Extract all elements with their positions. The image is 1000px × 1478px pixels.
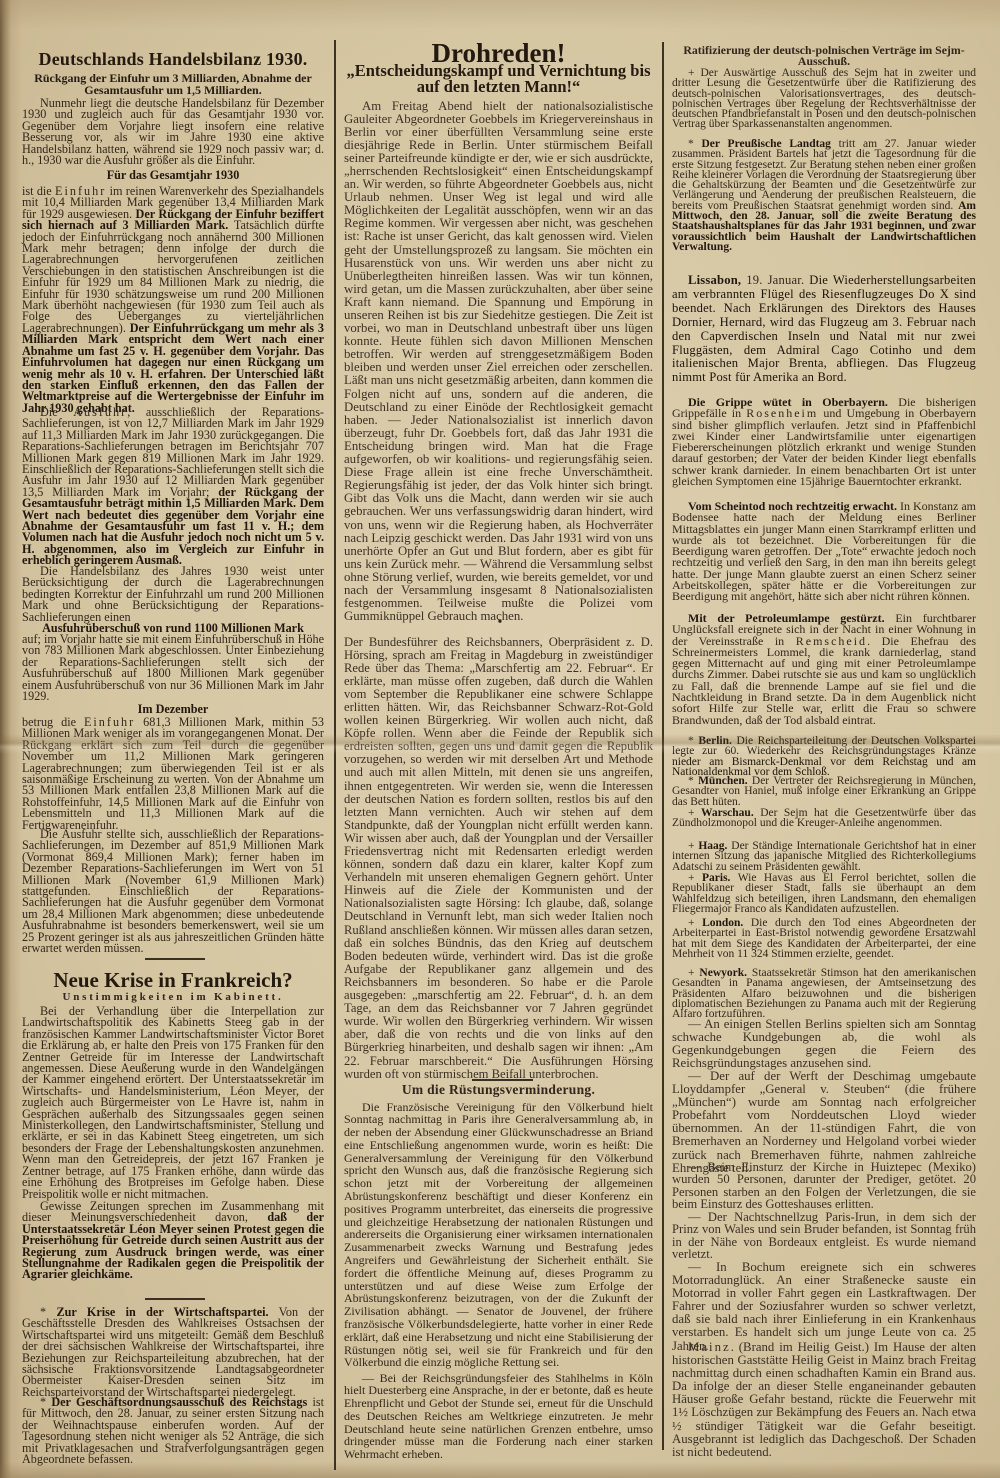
text: auf; im Vorjahr hatte sie mit einem Einf…	[22, 632, 324, 703]
bold-text: Im Dezember	[138, 702, 209, 716]
article-paragraph: — Der Nachtschnellzug Paris-Irun, in dem…	[672, 1211, 976, 1260]
text: — In Bochum ereignete sich ein schweres …	[672, 1260, 976, 1353]
text: Nunmehr liegt die deutsche Handelsbilanz…	[22, 96, 324, 167]
article-paragraph: Gewisse Zeitungen sprechen im Zusammenha…	[22, 1201, 324, 1281]
column-left: Deutschlands Handelsbilanz 1930.Rückgang…	[22, 0, 324, 1478]
article-paragraph: Die Ausfuhr stellte sich, ausschließlich…	[22, 829, 324, 954]
article-paragraph: * Zur Krise in der Wirtschaftspartei. Vo…	[22, 1307, 324, 1398]
article-headline: Um die Rüstungsverminderung.	[344, 1083, 653, 1097]
article-paragraph: Die Französische Vereinigung für den Völ…	[344, 1101, 653, 1370]
article-paragraph: Der Bundesführer des Reichsbanners, Ober…	[344, 636, 653, 1081]
heavy-text: Die Wiederherstellungsarbeiten am verbra…	[672, 273, 976, 384]
text: Die Handelsbilanz des Jahres 1930 weist …	[22, 564, 324, 624]
column-right: Ratifizierung der deutsch-polnischen Ver…	[672, 0, 976, 1478]
article-paragraph: * München. Der Vertreter der Reichsregie…	[672, 776, 976, 807]
bold-text: der Rückgang der Gesamtausfuhr beträgt m…	[22, 485, 324, 567]
article-paragraph: Die Ausfuhr, ausschließlich der Reparati…	[22, 407, 324, 567]
article-paragraph: * Berlin. Die Reichsparteileitung der De…	[672, 736, 976, 777]
text: Die Ausfuhr stellte sich, ausschließlich…	[22, 827, 324, 955]
section-subheading: Für das Gesamtjahr 1930	[22, 169, 324, 182]
column-middle: Drohreden!„Entscheidungskampf und Vernic…	[344, 0, 653, 1478]
article-paragraph: Mit der Petroleumlampe gestürzt. Ein fur…	[672, 613, 976, 726]
article-subheadline: „Entscheidungskampf und Vernichtung bis …	[344, 63, 653, 95]
text: Der Bundesführer des Reichsbanners, Ober…	[344, 635, 653, 1081]
article-paragraph: * Der Geschäftsordnungsausschuß des Reic…	[22, 1397, 324, 1465]
text: und Umgebung in Oberbayern sind bisher g…	[672, 406, 976, 488]
text: — Der Nachtschnellzug Paris-Irun, in dem…	[672, 1210, 976, 1261]
text: 681,3 Millionen Mark, mithin 53 Millione…	[22, 715, 324, 832]
article-paragraph: + Paris. Wie Havas aus El Ferrol bericht…	[672, 873, 976, 914]
article-paragraph: + Warschau. Der Sejm hat die Gesetzentwü…	[672, 808, 976, 829]
bold-text: Für das Gesamtjahr 1930	[107, 168, 240, 182]
text: Die Französische Vereinigung für den Völ…	[344, 1100, 653, 1370]
text: — Bei der Reichsgründungsfeier des Stahl…	[344, 1371, 653, 1462]
article-headline: Ratifizierung der deutsch-polnischen Ver…	[672, 45, 976, 67]
section-subheading: Im Dezember	[22, 703, 324, 716]
text: ist für Mittwoch, den 28. Januar, zu sei…	[22, 1395, 324, 1466]
article-subheadline: Rückgang der Einfuhr um 3 Milliarden, Ab…	[22, 73, 324, 96]
article-paragraph: — Beim Einsturz der Kirche in Huiztepec …	[672, 1161, 976, 1210]
bold-text: daß der Unterstaatssekretär Léon Meyer s…	[22, 1210, 324, 1281]
article-paragraph: + Haag. Der Ständige Internationale Geri…	[672, 841, 976, 872]
article-headline: Deutschlands Handelsbilanz 1930.	[22, 47, 324, 71]
article-paragraph: Nunmehr liegt die deutsche Handelsbilanz…	[22, 98, 324, 166]
text: — An einigen Stellen Berlins spielten si…	[672, 1017, 976, 1070]
article-paragraph: Bei der Verhandlung über die Interpellat…	[22, 1006, 324, 1200]
article-paragraph: betrug die Einfuhr 681,3 Millionen Mark,…	[22, 717, 324, 831]
article-paragraph: Vom Scheintod noch rechtzeitig erwacht. …	[672, 501, 976, 603]
spaced-text: Mainz	[688, 1340, 731, 1354]
newspaper-page: • Deutschlands Handelsbilanz 1930.Rückga…	[0, 0, 1000, 1478]
text: Bei der Verhandlung über die Interpellat…	[22, 1004, 324, 1201]
article-subheadline: Unstimmigkeiten im Kabinett.	[22, 991, 324, 1004]
article-paragraph: Die Handelsbilanz des Jahres 1930 weist …	[22, 566, 324, 623]
text: . Die Ehefrau des Schreinermeisters Lomm…	[672, 634, 976, 727]
article-paragraph: + London. Die durch den Tod eines Abgeor…	[672, 918, 976, 959]
article-paragraph: — In Bochum ereignete sich ein schweres …	[672, 1261, 976, 1353]
article-paragraph: Mainz. (Brand im Heilig Geist.) Im Hause…	[672, 1341, 976, 1459]
bold-text: Lissabon,	[688, 273, 741, 287]
text: In Konstanz am Bodensee hatte nach der M…	[672, 499, 976, 603]
article-paragraph: * Der Preußische Landtag tritt am 27. Ja…	[672, 139, 976, 252]
text: Am Freitag Abend hielt der nationalsozia…	[344, 99, 653, 624]
text: — Der auf der Werft der Deschimag umgeba…	[672, 1069, 976, 1175]
article-paragraph: ist die Einfuhr im reinen Warenverkehr d…	[22, 186, 324, 414]
article-paragraph: Die Grippe wütet in Oberbayern. Die bish…	[672, 397, 976, 487]
article-paragraph: Lissabon, 19. Januar. Die Wiederherstell…	[672, 274, 976, 385]
article-paragraph: auf; im Vorjahr hatte sie mit einem Einf…	[22, 634, 324, 702]
text: — Beim Einsturz der Kirche in Huiztepec …	[672, 1160, 976, 1211]
article-paragraph: + Newyork. Staatssekretär Stimson hat de…	[672, 968, 976, 1019]
column-divider-right	[662, 42, 664, 1450]
text: + Der Auswärtige Ausschuß des Sejm hat i…	[672, 67, 976, 130]
text: . (Brand im Heilig Geist.) Im Hause der …	[672, 1340, 976, 1459]
bold-text: Der Einfuhrrückgang um mehr als 3 Millia…	[22, 321, 324, 415]
article-paragraph: — Bei der Reichsgründungsfeier des Stahl…	[344, 1372, 653, 1462]
text: tritt am 27. Januar wieder zusammen. Prä…	[672, 138, 976, 212]
article-paragraph: Am Freitag Abend hielt der nationalsozia…	[344, 100, 653, 624]
text: Tatsächlich dürfte jedoch der Einfuhrrüc…	[22, 218, 324, 335]
page-binding-shadow	[0, 0, 22, 1478]
article-paragraph: + Der Auswärtige Ausschuß des Sejm hat i…	[672, 68, 976, 130]
article-paragraph: — An einigen Stellen Berlins spielten si…	[672, 1018, 976, 1070]
text: 19. Januar.	[741, 273, 809, 287]
article-headline: Neue Krise in Frankreich?	[22, 968, 324, 992]
column-divider-left	[334, 40, 336, 1470]
text: Von der Geschäftsstelle Dresden des Wahl…	[22, 1305, 324, 1399]
